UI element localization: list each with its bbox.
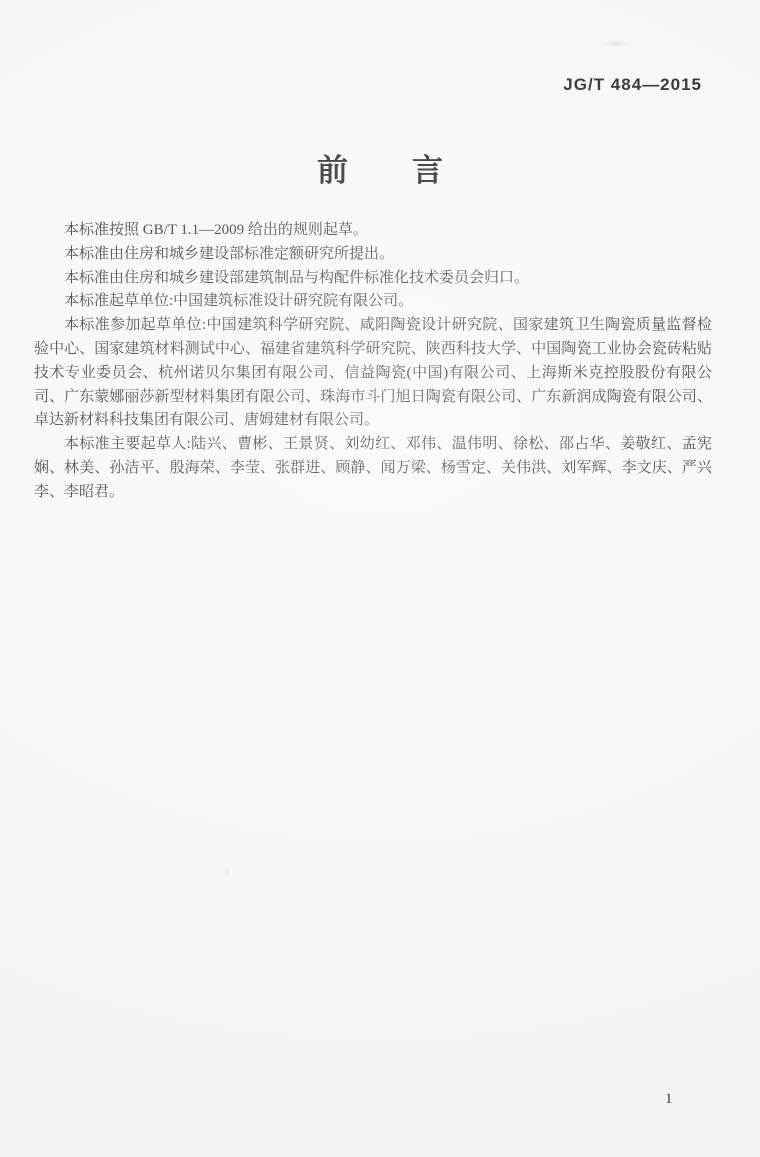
paragraph-under-jurisdiction: 本标准由住房和城乡建设部建筑制品与构配件标准化技术委员会归口。 [34, 267, 712, 291]
paragraph-participating-organizations: 本标准参加起草单位:中国建筑科学研究院、咸阳陶瓷设计研究院、国家建筑卫生陶瓷质量… [34, 314, 712, 433]
scan-speck-artifact [224, 866, 231, 878]
foreword-title-char-left: 前 [317, 153, 348, 188]
scan-smudge-artifact [603, 39, 629, 48]
standard-code-header: JG/T 484—2015 [563, 75, 702, 95]
document-page: JG/T 484—2015 前言 本标准按照 GB/T 1.1—2009 给出的… [0, 0, 760, 1157]
paragraph-proposed-by: 本标准由住房和城乡建设部标准定额研究所提出。 [34, 243, 712, 267]
paragraph-drafting-organization: 本标准起草单位:中国建筑标准设计研究院有限公司。 [34, 290, 712, 314]
paragraph-drafting-rules: 本标准按照 GB/T 1.1—2009 给出的规则起草。 [34, 219, 712, 243]
foreword-title: 前言 [0, 145, 760, 190]
foreword-title-char-right: 言 [412, 153, 443, 188]
foreword-body: 本标准按照 GB/T 1.1—2009 给出的规则起草。 本标准由住房和城乡建设… [34, 219, 712, 505]
paragraph-chief-drafters: 本标准主要起草人:陆兴、曹彬、王景贤、刘幼红、邓伟、温伟明、徐松、邵占华、姜敬红… [34, 433, 712, 504]
page-number: 1 [665, 1091, 673, 1108]
